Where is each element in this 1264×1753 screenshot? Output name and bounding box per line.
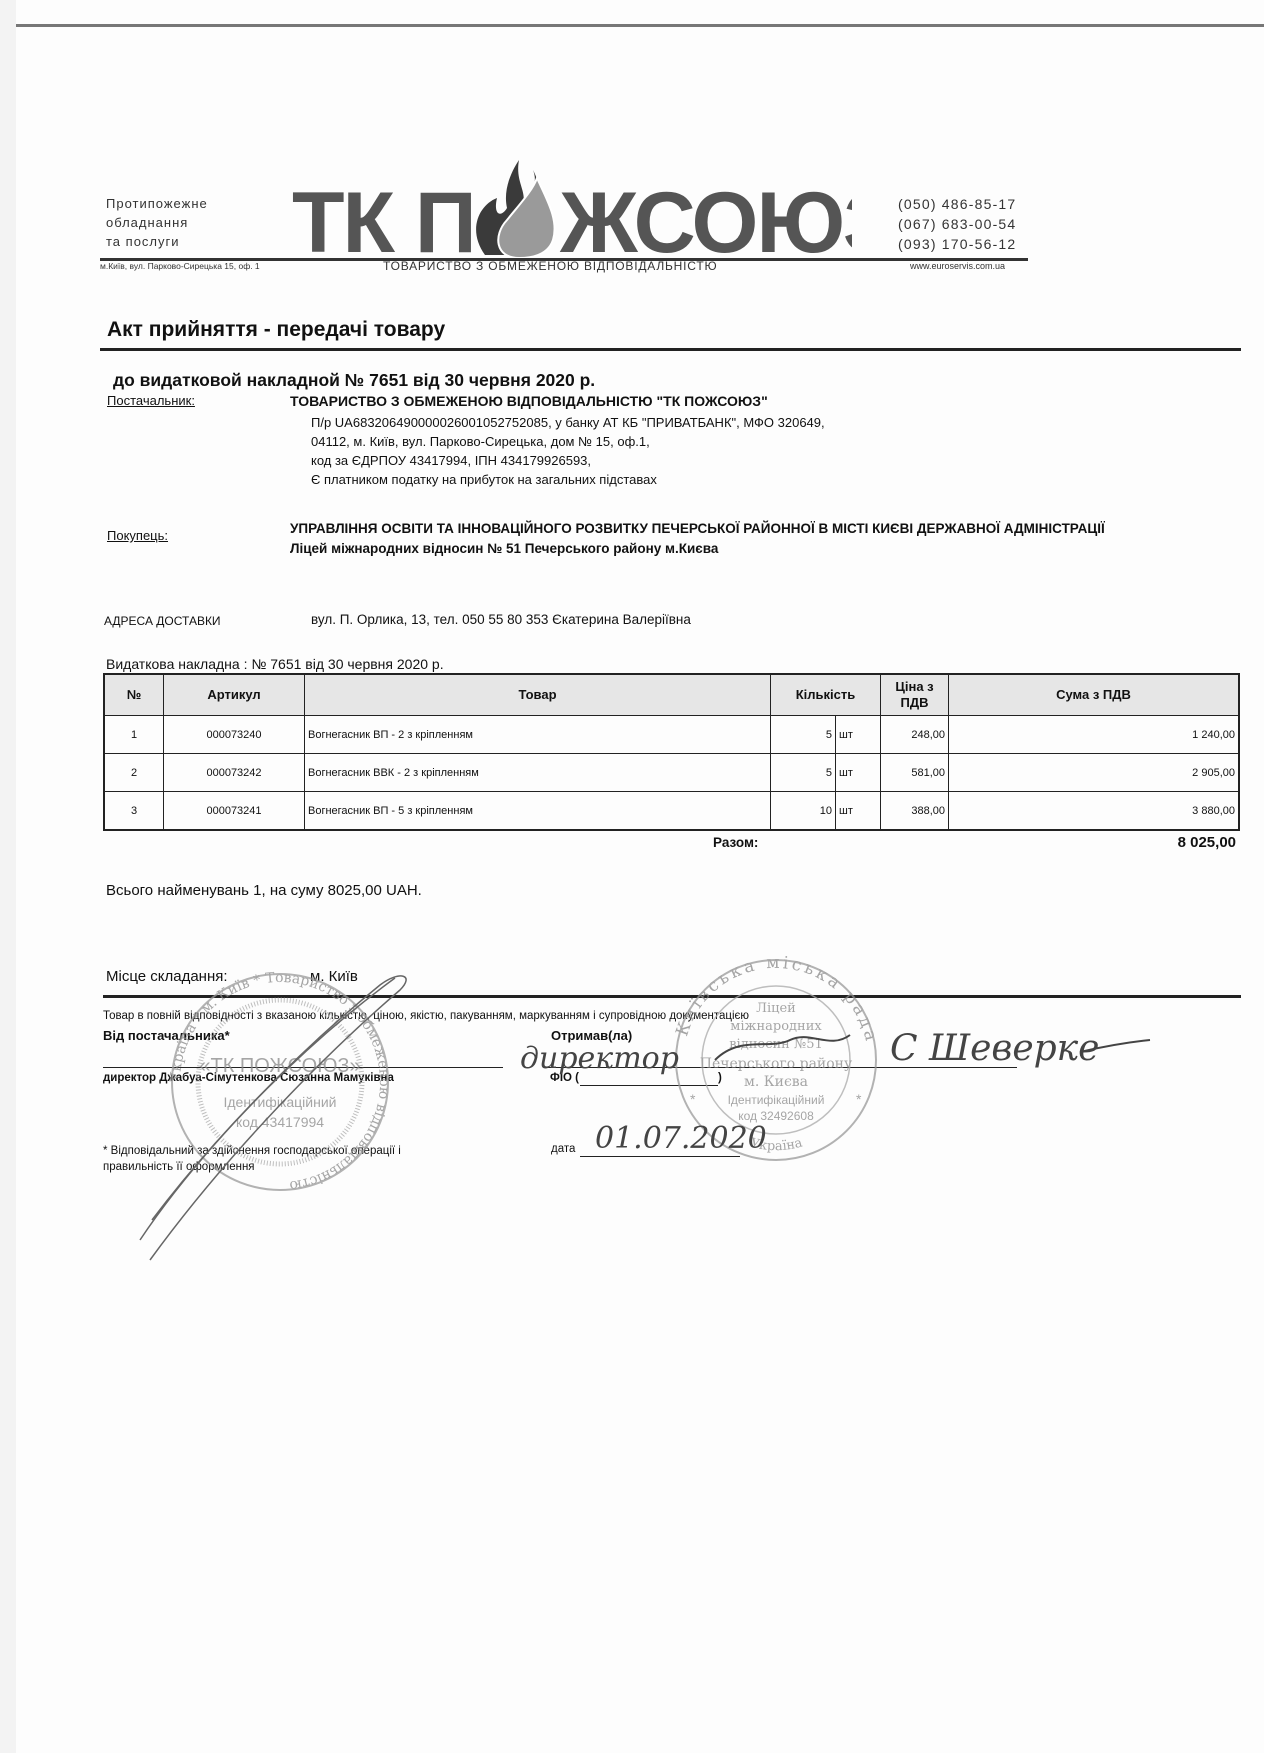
supplier-name: ТОВАРИСТВО З ОБМЕЖЕНОЮ ВІДПОВІДАЛЬНІСТЮ …: [290, 393, 768, 409]
phone-number: (050) 486-85-17: [898, 194, 1016, 214]
from-supplier-label: Від постачальника*: [103, 1028, 230, 1043]
tagline-line: обладнання: [106, 213, 208, 232]
svg-text:Київська міська рада: Київська міська рада: [672, 953, 881, 1046]
cell-qty: 5: [771, 716, 836, 754]
table-header-row: № Артикул Товар Кількість Ціна з ПДВ Сум…: [104, 674, 1239, 716]
buyer-name-line: Ліцей міжнародних відносин № 51 Печерськ…: [290, 539, 1105, 559]
cell-qty: 5: [771, 754, 836, 792]
svg-text:*: *: [690, 1091, 696, 1107]
total-label: Разом:: [713, 835, 758, 850]
cell-price: 388,00: [881, 792, 949, 831]
invoice-reference: Видаткова накладна : № 7651 від 30 червн…: [106, 656, 444, 672]
supplier-detail-line: П/р UA683206490000026001052752085, у бан…: [311, 413, 825, 432]
buyer-name-line: УПРАВЛІННЯ ОСВІТИ ТА ІННОВАЦІЙНОГО РОЗВИ…: [290, 519, 1105, 539]
place-label: Місце складання:: [106, 968, 228, 985]
cell-sum: 3 880,00: [949, 792, 1240, 831]
responsibility-footnote: * Відповідальний за здійснення господарс…: [103, 1143, 401, 1175]
table-row: 2 000073242 Вогнегасник ВВК - 2 з кріпле…: [104, 754, 1239, 792]
date-line: [580, 1156, 740, 1157]
conformity-statement: Товар в повній відповідності з вказаною …: [103, 1010, 749, 1022]
cell-article: 000073240: [164, 716, 305, 754]
cell-unit: шт: [836, 754, 881, 792]
stamp-line: Печерського району: [700, 1056, 853, 1072]
receiver-signature: [715, 1035, 850, 1060]
phone-number: (067) 683-00-54: [898, 214, 1016, 234]
cell-product: Вогнегасник ВВК - 2 з кріпленням: [305, 754, 771, 792]
table-row: 1 000073240 Вогнегасник ВП - 2 з кріплен…: [104, 716, 1239, 754]
delivery-address: вул. П. Орлика, 13, тел. 050 55 80 353 Є…: [311, 612, 691, 627]
cell-price: 248,00: [881, 716, 949, 754]
cell-article: 000073241: [164, 792, 305, 831]
date-label: дата: [551, 1143, 575, 1155]
svg-text:*: *: [856, 1091, 862, 1107]
items-table: № Артикул Товар Кількість Ціна з ПДВ Сум…: [103, 673, 1240, 831]
tagline-line: та послуги: [106, 232, 208, 251]
cell-no: 2: [104, 754, 164, 792]
cell-price: 581,00: [881, 754, 949, 792]
handwritten-date: 01.07.2020: [595, 1121, 767, 1156]
stamp-line: Ліцей: [756, 1001, 796, 1016]
document-subtitle: до видатковой накладной № 7651 від 30 че…: [113, 370, 595, 391]
summary-text: Всього найменувань 1, на суму 8025,00 UA…: [106, 882, 422, 899]
header-article: Артикул: [164, 674, 305, 716]
handwritten-name: С Шеверке: [890, 1028, 1099, 1069]
supplier-detail-line: код за ЄДРПОУ 43417994, ІПН 434179926593…: [311, 451, 825, 470]
title-divider: [100, 348, 1241, 351]
tagline-line: Протипожежне: [106, 194, 208, 213]
stamp-id-label: Ідентифікаційний: [224, 1094, 337, 1110]
footnote-line: * Відповідальний за здійснення господарс…: [103, 1143, 401, 1159]
phone-number: (093) 170-56-12: [898, 234, 1016, 254]
stamp-ring-text: Київська міська рада: [672, 953, 881, 1046]
stamp-line: м. Києва: [744, 1074, 808, 1090]
total-value: 8 025,00: [1150, 834, 1236, 851]
letterhead-tagline: Протипожежне обладнання та послуги: [106, 194, 208, 251]
cell-qty: 10: [771, 792, 836, 831]
supplier-label: Постачальник:: [107, 393, 195, 408]
header-product: Товар: [305, 674, 771, 716]
buyer-stamp: Київська міська рада Ліцей міжнародних в…: [672, 953, 881, 1160]
stamp-id-code: код 32492608: [738, 1109, 814, 1123]
svg-text:Україна: Україна: [749, 1135, 805, 1154]
stamp-line: відносин №51: [729, 1037, 823, 1052]
handwritten-title: директор: [520, 1041, 679, 1076]
cell-no: 1: [104, 716, 164, 754]
document-title: Акт прийняття - передачі товару: [107, 318, 445, 342]
header-quantity: Кількість: [771, 674, 881, 716]
supplier-detail-line: 04112, м. Київ, вул. Парково-Сирецька, д…: [311, 432, 825, 451]
cell-unit: шт: [836, 716, 881, 754]
logo-text-right: ЖСОЮЗ: [559, 175, 852, 260]
supplier-signature-line: [103, 1067, 503, 1068]
table-row: 3 000073241 Вогнегасник ВП - 5 з кріплен…: [104, 792, 1239, 831]
buyer-name: УПРАВЛІННЯ ОСВІТИ ТА ІННОВАЦІЙНОГО РОЗВИ…: [290, 519, 1105, 559]
fio-line: [580, 1085, 718, 1086]
signature-tail: [1080, 1040, 1150, 1052]
fio-label: ФІО (: [550, 1072, 579, 1084]
supplier-detail-line: Є платником податку на прибуток на загал…: [311, 470, 825, 489]
letterhead-phones: (050) 486-85-17 (067) 683-00-54 (093) 17…: [898, 194, 1016, 254]
cell-sum: 1 240,00: [949, 716, 1240, 754]
header-no: №: [104, 674, 164, 716]
stamp-ring-bottom: Україна: [749, 1135, 805, 1154]
scan-top-edge: [16, 24, 1264, 27]
place-value: м. Київ: [310, 968, 358, 985]
cell-unit: шт: [836, 792, 881, 831]
cell-sum: 2 905,00: [949, 754, 1240, 792]
company-logo: ТК П ЖСОЮЗ: [292, 160, 852, 260]
delivery-label: АДРЕСА ДОСТАВКИ: [104, 614, 221, 628]
letterhead-website: www.euroservis.com.ua: [910, 261, 1005, 271]
supplier-details: П/р UA683206490000026001052752085, у бан…: [311, 413, 825, 489]
logo-text-left: ТК П: [292, 175, 475, 260]
supplier-director-name: директор Джабуа-Сімутенкова Сюзанна Маму…: [103, 1072, 394, 1084]
cell-article: 000073242: [164, 754, 305, 792]
cell-product: Вогнегасник ВП - 5 з кріпленням: [305, 792, 771, 831]
signature-divider: [103, 995, 1241, 998]
fio-close: ): [718, 1072, 722, 1084]
header-sum: Сума з ПДВ: [949, 674, 1240, 716]
document-page: Протипожежне обладнання та послуги ТК П …: [0, 0, 1264, 1753]
scan-edge: [0, 0, 16, 1753]
cell-no: 3: [104, 792, 164, 831]
letterhead-company-form: ТОВАРИСТВО З ОБМЕЖЕНОЮ ВІДПОВІДАЛЬНІСТЮ: [383, 259, 717, 273]
flame-drop-icon: [476, 160, 555, 258]
stamp-id-label: Ідентифікаційний: [728, 1093, 825, 1107]
header-price: Ціна з ПДВ: [881, 674, 949, 716]
cell-product: Вогнегасник ВП - 2 з кріпленням: [305, 716, 771, 754]
received-label: Отримав(ла): [551, 1028, 632, 1043]
letterhead-address: м.Київ, вул. Парково-Сирецька 15, оф. 1: [100, 261, 260, 271]
receiver-signature-line: [547, 1067, 1017, 1068]
footnote-line: правильність її оформлення: [103, 1159, 401, 1175]
buyer-label: Покупець:: [107, 528, 168, 543]
stamp-id-code: код 43417994: [236, 1114, 324, 1130]
